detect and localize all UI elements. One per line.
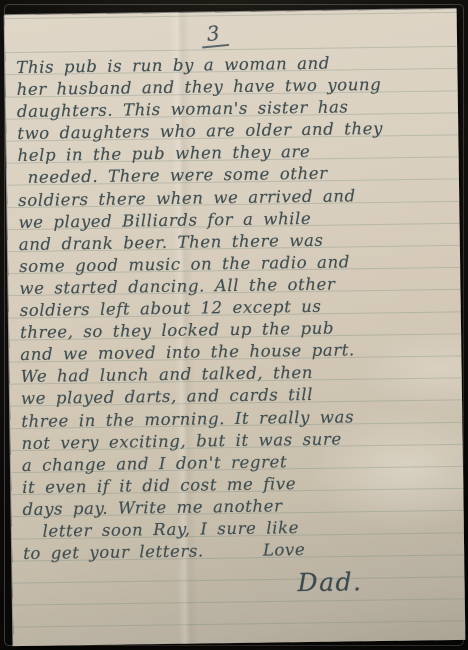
handwriting-line: to get your letters. Love: [23, 537, 462, 565]
letter-body: This pub is run by a woman and her husba…: [16, 51, 463, 601]
letter-page: 3 This pub is run by a woman and her hus…: [5, 9, 466, 646]
signature: Dad.: [23, 566, 462, 601]
letter-photo-background: 3 This pub is run by a woman and her hus…: [0, 0, 468, 650]
page-number: 3: [200, 20, 229, 49]
